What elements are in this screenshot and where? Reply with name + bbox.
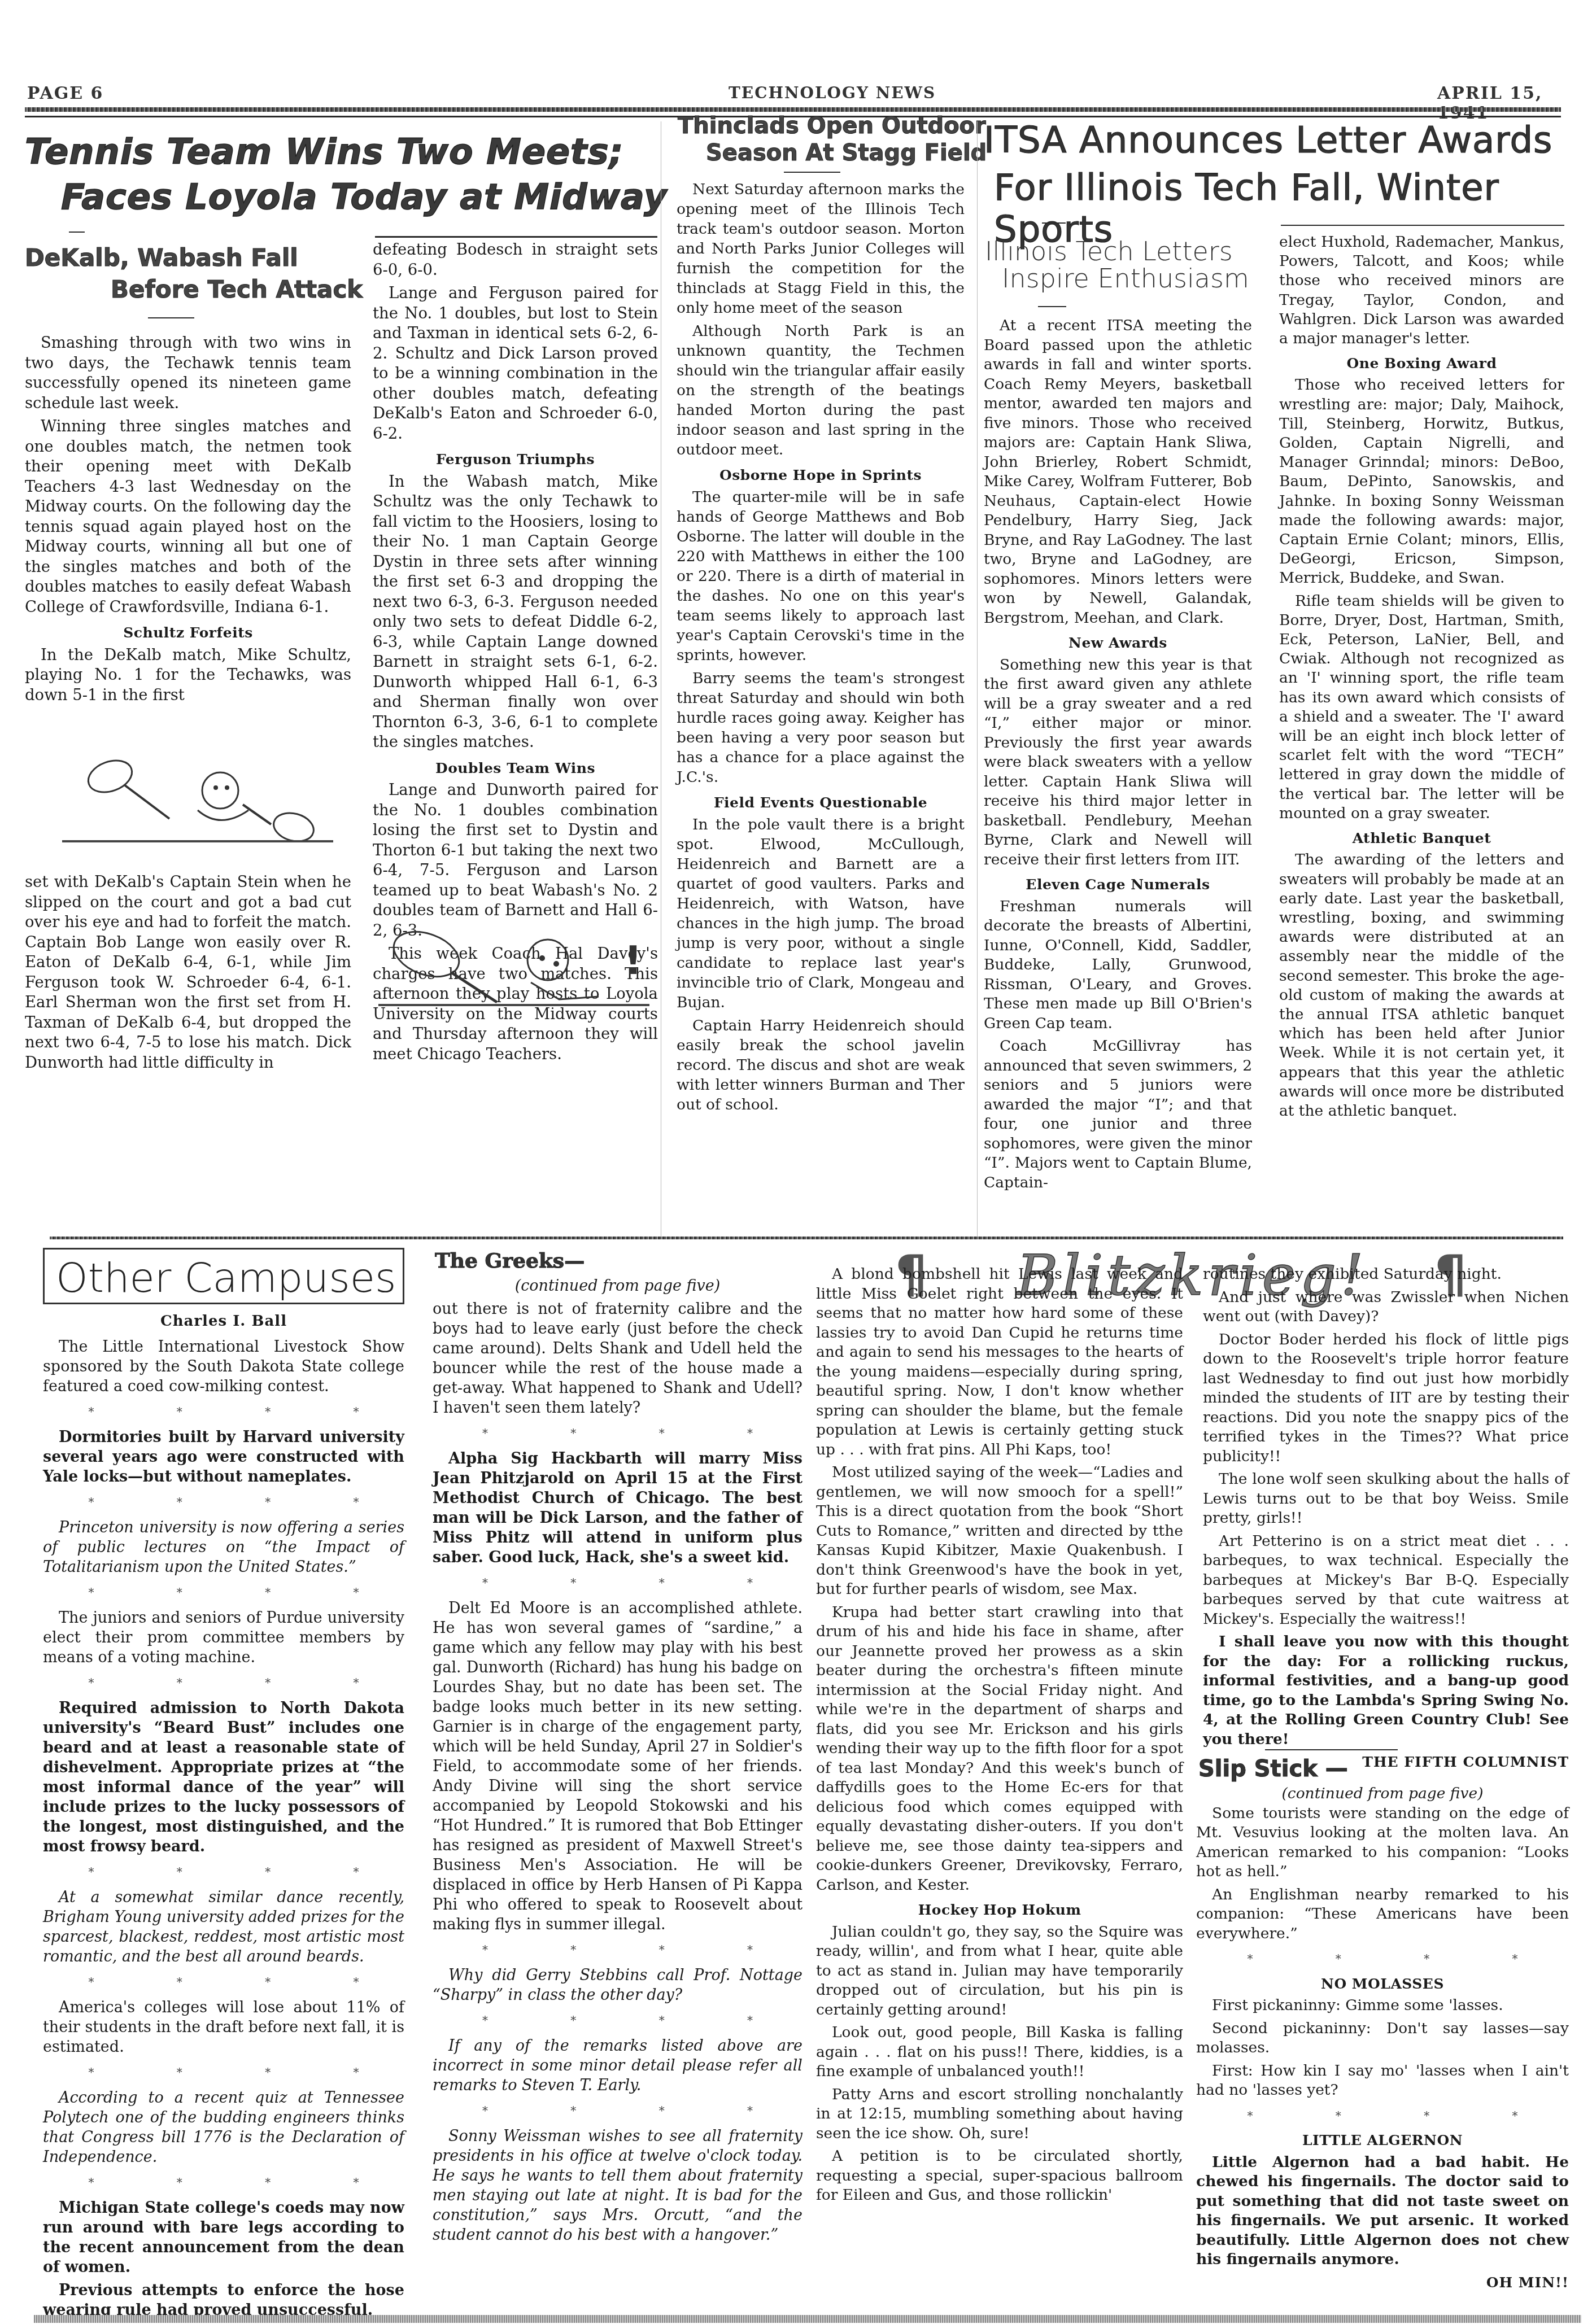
paragraph: Captain Harry Heidenreich should easily … [677, 1016, 965, 1115]
paragraph: And just where was Zwissler when Nichen … [1203, 1288, 1569, 1327]
divider [69, 231, 85, 233]
divider [375, 236, 657, 238]
subheading: LITTLE ALGERNON [1196, 2131, 1569, 2151]
itsa-column-1: At a recent ITSA meeting the Board passe… [984, 316, 1252, 1196]
separator-stars: * * * * [1236, 2106, 1569, 2126]
other-campuses-title: Other Campuses [43, 1248, 404, 1304]
item: Michigan State college's coeds may now r… [43, 2198, 404, 2277]
tennis-cartoon-illustration [56, 757, 339, 847]
slip-stick-title: Slip Stick — [1198, 1756, 1348, 1782]
paragraph: In the Wabash match, Mike Schultz was th… [373, 472, 658, 753]
paragraph: Those who received letters for wrestling… [1279, 375, 1564, 588]
separator-stars: * * * * [82, 2173, 404, 2192]
paragraph: Winning three singles matches and one do… [25, 417, 351, 617]
paragraph: Although North Park is an unknown quanti… [677, 321, 965, 460]
separator-stars: * * * * [472, 2011, 802, 2030]
subheading: Osborne Hope in Sprints [677, 465, 965, 485]
itsa-subhead-line2: Inspire Enthusiasm [1002, 263, 1249, 294]
section-rule [50, 1237, 1563, 1239]
column-rule [661, 121, 661, 1237]
paragraph: Doctor Boder herded his flock of little … [1203, 1330, 1569, 1467]
paragraph: In the DeKalb match, Mike Schultz, playi… [25, 645, 351, 706]
paragraph: A petition is to be circulated shortly, … [816, 2147, 1183, 2205]
paragraph: An Englishman nearby remarked to his com… [1196, 1885, 1569, 1944]
paragraph: routines they exhibited Saturday night. [1203, 1265, 1569, 1285]
tennis-headline-line2: Faces Loyola Today at Midway [61, 176, 667, 217]
subheading: New Awards [984, 634, 1252, 653]
subheading: Schultz Forfeits [25, 623, 351, 643]
track-headline-line1: Thinclads Open Outdoor [678, 113, 986, 139]
continued-note: (continued from page five) [433, 1276, 802, 1296]
tennis-column-1: Smashing through with two wins in two da… [25, 333, 351, 709]
separator-stars: * * * * [82, 1972, 404, 1992]
separator-stars: * * * * [82, 1492, 404, 1512]
byline: Charles I. Ball [43, 1312, 404, 1331]
tennis-cartoon-exclaim-illustration: ! [373, 929, 655, 1008]
slip-stick-body: (continued from page five) Some tourists… [1196, 1784, 1569, 2292]
subheading: NO MOLASSES [1196, 1974, 1569, 1994]
separator-stars: * * * * [1236, 1949, 1569, 1969]
itsa-headline-line1: ITSA Announces Letter Awards [984, 120, 1552, 161]
paragraph: I shall leave you now with this thought … [1203, 1632, 1569, 1749]
paragraph: At a recent ITSA meeting the Board passe… [984, 316, 1252, 628]
item: Delt Ed Moore is an accomplished athlete… [433, 1598, 802, 1934]
greeks-title: The Greeks— [435, 1249, 585, 1273]
divider [148, 317, 194, 318]
subheading: Athletic Banquet [1279, 829, 1564, 848]
item: At a somewhat similar dance recently, Br… [43, 1888, 404, 1967]
paragraph: Patty Arns and escort strolling nonchala… [816, 2085, 1183, 2144]
paragraph: Next Saturday afternoon marks the openin… [677, 180, 965, 318]
tennis-subhead-line2: Before Tech Attack [111, 276, 363, 303]
paragraph: Barry seems the team's strongest threat … [677, 669, 965, 787]
item: According to a recent quiz at Tennessee … [43, 2088, 404, 2167]
paragraph: Art Petterino is on a strict meat diet .… [1203, 1532, 1569, 1630]
page-number: PAGE 6 [27, 84, 103, 103]
divider [1042, 222, 1066, 224]
separator-stars: * * * * [82, 1402, 404, 1422]
separator-stars: * * * * [82, 2063, 404, 2082]
greeks-body: (continued from page five) out there is … [433, 1276, 802, 2248]
paragraph: Coach McGillivray has announced that sev… [984, 1037, 1252, 1192]
masthead-rule [25, 107, 1561, 112]
paragraph: Lange and Dunworth paired for the No. 1 … [373, 780, 658, 941]
paragraph: Second pickaninny: Don't say lasses—say … [1196, 2019, 1569, 2058]
item: The juniors and seniors of Purdue univer… [43, 1608, 404, 1667]
paragraph: The lone wolf seen skulking about the ha… [1203, 1470, 1569, 1528]
separator-stars: * * * * [472, 1573, 802, 1593]
item: Why did Gerry Stebbins call Prof. Nottag… [433, 1965, 802, 2005]
blitzkrieg-column-1: A blond bombshell hit Lewis last week an… [816, 1265, 1183, 2209]
paragraph: First pickaninny: Gimme some 'lasses. [1196, 1996, 1569, 2016]
separator-stars: * * * * [472, 2101, 802, 2121]
item: Alpha Sig Hackbarth will marry Miss Jean… [433, 1449, 802, 1567]
item: Sonny Weissman wishes to see all fratern… [433, 2126, 802, 2245]
continued-note: (continued from page five) [1196, 1784, 1569, 1804]
exclamation-mark: ! [624, 937, 642, 984]
separator-stars: * * * * [472, 1940, 802, 1960]
paragraph: Look out, good people, Bill Kaska is fal… [816, 2023, 1183, 2082]
item: Princeton university is now offering a s… [43, 1518, 404, 1577]
paragraph: Julian couldn't go, they say, so the Squ… [816, 1923, 1183, 2020]
item: The Little International Livestock Show … [43, 1337, 404, 1396]
paragraph: A blond bombshell hit Lewis last week an… [816, 1265, 1183, 1460]
paragraph: First: How kin I say mo' 'lasses when I … [1196, 2061, 1569, 2100]
divider [1281, 225, 1564, 226]
paragraph: Little Algernon had a bad habit. He chew… [1196, 2153, 1569, 2270]
item: out there is not of fraternity calibre a… [433, 1299, 802, 1418]
bottom-border [34, 2315, 1581, 2323]
paragraph: Freshman numerals will decorate the brea… [984, 897, 1252, 1034]
track-column: Next Saturday afternoon marks the openin… [677, 180, 965, 1118]
itsa-subhead-line1: Illinois Tech Letters [985, 236, 1233, 267]
item: Dormitories built by Harvard university … [43, 1427, 404, 1487]
separator-stars: * * * * [472, 1423, 802, 1443]
paragraph: The awarding of the letters and sweaters… [1279, 850, 1564, 1121]
itsa-column-2: elect Huxhold, Rademacher, Mankus, Power… [1279, 233, 1564, 1124]
paragraph: In the pole vault there is a bright spot… [677, 815, 965, 1012]
separator-stars: * * * * [82, 1583, 404, 1602]
paragraph: elect Huxhold, Rademacher, Mankus, Power… [1279, 233, 1564, 348]
signature: OH MIN!! [1196, 2273, 1569, 2293]
paragraph: defeating Bodesch in straight sets 6-0, … [373, 240, 658, 280]
paragraph: Smashing through with two wins in two da… [25, 333, 351, 413]
subheading: Field Events Questionable [677, 793, 965, 812]
subheading: Doubles Team Wins [373, 758, 658, 779]
item: Required admission to North Dakota unive… [43, 1698, 404, 1856]
newspaper-name: TECHNOLOGY NEWS [729, 84, 936, 102]
item: If any of the remarks listed above are i… [433, 2036, 802, 2095]
separator-stars: * * * * [82, 1862, 404, 1882]
paragraph: Rifle team shields will be given to Borr… [1279, 592, 1564, 823]
paragraph: set with DeKalb's Captain Stein when he … [25, 872, 351, 1073]
column-rule [977, 121, 978, 1237]
tennis-column-1-continued: set with DeKalb's Captain Stein when he … [25, 872, 351, 1076]
divider [784, 172, 840, 173]
paragraph: Something new this year is that the firs… [984, 656, 1252, 870]
subheading: One Boxing Award [1279, 354, 1564, 373]
paragraph: Lange and Ferguson paired for the No. 1 … [373, 283, 658, 444]
paragraph: The quarter-mile will be in safe hands o… [677, 487, 965, 665]
other-campuses-body: Charles I. Ball The Little International… [43, 1307, 404, 2323]
item: America's colleges will lose about 11% o… [43, 1998, 404, 2057]
blitzkrieg-column-2: routines they exhibited Saturday night. … [1203, 1265, 1569, 1772]
tennis-subhead-line1: DeKalb, Wabash Fall [25, 244, 298, 272]
subheading: Hockey Hop Hokum [816, 1901, 1183, 1920]
subheading: Ferguson Triumphs [373, 449, 658, 470]
tennis-headline-line1: Tennis Team Wins Two Meets; [25, 131, 623, 172]
paragraph: Most utilized saying of the week—“Ladies… [816, 1463, 1183, 1600]
paragraph: Some tourists were standing on the edge … [1196, 1804, 1569, 1882]
divider [1265, 1749, 1398, 1750]
track-headline-line2: Season At Stagg Field [706, 140, 987, 166]
subheading: Eleven Cage Numerals [984, 875, 1252, 895]
item: Previous attempts to enforce the hose we… [43, 2281, 404, 2320]
separator-stars: * * * * [82, 1673, 404, 1693]
paragraph: Krupa had better start crawling into tha… [816, 1603, 1183, 1895]
divider [1038, 306, 1066, 307]
